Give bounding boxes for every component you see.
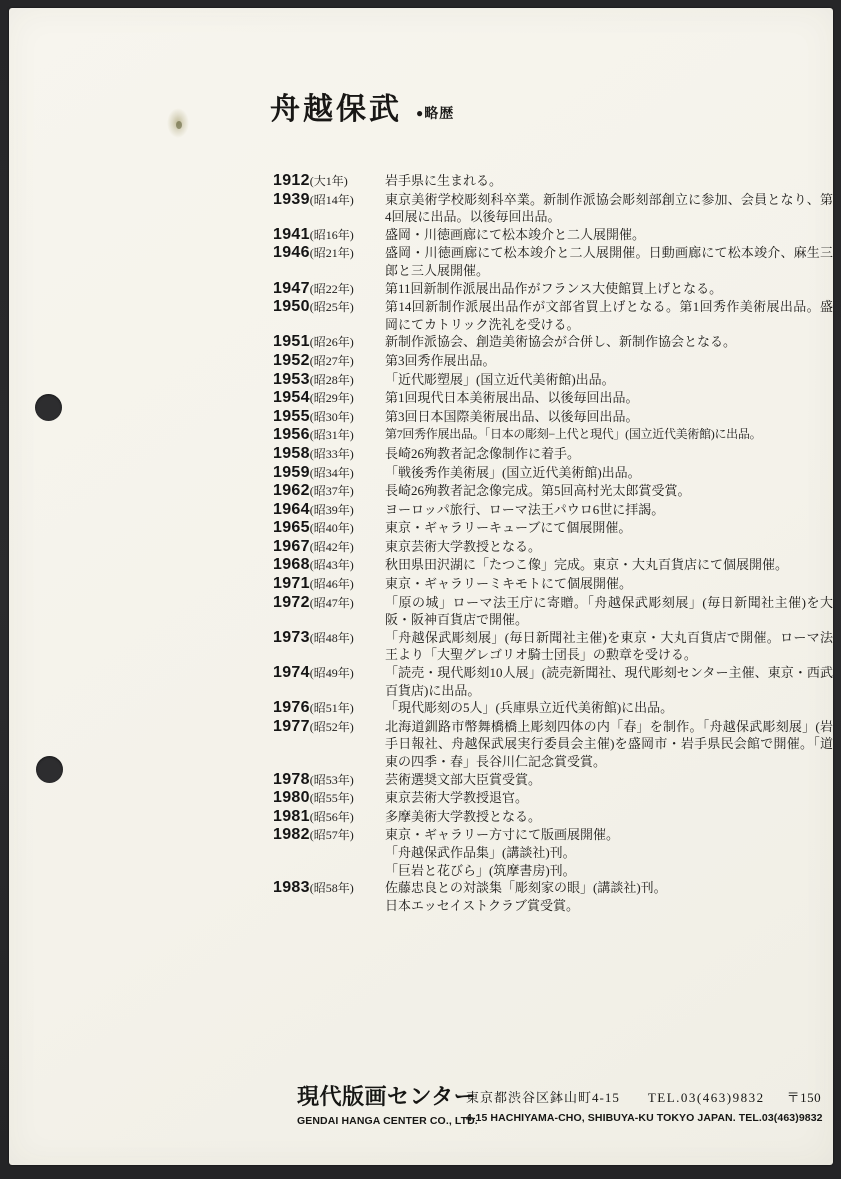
entry-era: (昭53年) — [310, 773, 354, 787]
entry-year-column: 1980(昭55年) — [273, 789, 385, 808]
description-line: 「舟越保武作品集」(講談社)刊。 — [385, 844, 833, 862]
description-line: 第7回秀作展出品。「日本の彫刻−上代と現代」(国立近代美術館)に出品。 — [385, 426, 833, 444]
bullet-icon: ● — [416, 106, 423, 120]
company-logo-jp: 現代版画センター — [297, 1080, 466, 1111]
timeline-entry: 1941(昭16年)盛岡・川徳画廊にて松本竣介と二人展開催。 — [273, 226, 835, 245]
entry-year-column: 1978(昭53年) — [273, 771, 385, 790]
entry-description: 東京・ギャラリーキューブにて個展開催。 — [385, 519, 833, 537]
entry-description: 第3回秀作展出品。 — [385, 352, 833, 370]
timeline-entry: 1950(昭25年)第14回新制作派展出品作が文部省買上げとなる。第1回秀作美術… — [273, 298, 835, 333]
timeline-entry: 1974(昭49年)「読売・現代彫刻10人展」(読売新聞社、現代彫刻センター主催… — [273, 664, 835, 699]
entry-description: 秋田県田沢湖に「たつこ像」完成。東京・大丸百貨店にて個展開催。 — [385, 556, 833, 574]
timeline-entry: 1962(昭37年)長崎26殉教者記念像完成。第5回高村光太郎賞受賞。 — [273, 482, 835, 501]
description-line: 「読売・現代彫刻10人展」(読売新聞社、現代彫刻センター主催、東京・西武百貨店)… — [385, 664, 833, 699]
description-line: 東京美術学校彫刻科卒業。新制作派協会彫刻部創立に参加、会員となり、第4回展に出品… — [385, 191, 833, 226]
entry-era: (昭48年) — [310, 631, 354, 645]
entry-year: 1956 — [273, 426, 310, 443]
timeline-entry: 1981(昭56年)多摩美術大学教授となる。 — [273, 808, 835, 827]
entry-year-column: 1983(昭58年) — [273, 879, 385, 898]
timeline-entry: 1983(昭58年)佐藤忠良との対談集「彫刻家の眼」(講談社)刊。日本エッセイス… — [273, 879, 835, 914]
entry-description: 東京芸術大学教授退官。 — [385, 789, 833, 807]
address-line-jp: 東京都渋谷区鉢山町4-15 TEL.03(463)9832 〒150 — [466, 1087, 823, 1106]
entry-year-column: 1939(昭14年) — [273, 191, 385, 210]
entry-era: (昭49年) — [310, 666, 354, 680]
entry-year: 1939 — [273, 191, 310, 208]
description-line: 第1回現代日本美術展出品、以後毎回出品。 — [385, 389, 833, 407]
description-line: 岩手県に生まれる。 — [385, 172, 833, 190]
entry-year: 1972 — [273, 594, 310, 611]
entry-era: (昭39年) — [310, 503, 354, 517]
description-line: 盛岡・川徳画廊にて松本竣介と二人展開催。日動画廊にて松本竣介、麻生三郎と三人展開… — [385, 244, 833, 279]
entry-description: 東京芸術大学教授となる。 — [385, 538, 833, 556]
entry-description: 「原の城」ローマ法王庁に寄贈。「舟越保武彫刻展」(毎日新聞社主催)を大阪・阪神百… — [385, 594, 833, 629]
timeline-entry: 1952(昭27年)第3回秀作展出品。 — [273, 352, 835, 371]
entry-era: (昭40年) — [310, 521, 354, 535]
entry-era: (昭31年) — [310, 428, 354, 442]
description-line: 多摩美術大学教授となる。 — [385, 808, 833, 826]
description-line: 新制作派協会、創造美術協会が合併し、新制作協会となる。 — [385, 333, 833, 351]
description-line: 秋田県田沢湖に「たつこ像」完成。東京・大丸百貨店にて個展開催。 — [385, 556, 833, 574]
subtitle: ● 略歴 — [416, 103, 454, 123]
entry-description: 佐藤忠良との対談集「彫刻家の眼」(講談社)刊。日本エッセイストクラブ賞受賞。 — [385, 879, 833, 914]
timeline-entry: 1955(昭30年)第3回日本国際美術展出品、以後毎回出品。 — [273, 408, 835, 427]
entry-description: 東京・ギャラリー方寸にて版画展開催。「舟越保武作品集」(講談社)刊。「巨岩と花び… — [385, 826, 833, 879]
entry-era: (昭25年) — [310, 300, 354, 314]
description-line: 北海道釧路市幣舞橋橋上彫刻四体の内「春」を制作。「舟越保武彫刻展」(岩手日報社、… — [385, 718, 833, 771]
entry-year: 1941 — [273, 226, 310, 243]
entry-era: (昭30年) — [310, 410, 354, 424]
description-line: 東京・ギャラリーキューブにて個展開催。 — [385, 519, 833, 537]
timeline-entry: 1982(昭57年)東京・ギャラリー方寸にて版画展開催。「舟越保武作品集」(講談… — [273, 826, 835, 879]
entry-year-column: 1968(昭43年) — [273, 556, 385, 575]
entry-era: (大1年) — [310, 174, 348, 188]
timeline-entry: 1968(昭43年)秋田県田沢湖に「たつこ像」完成。東京・大丸百貨店にて個展開催… — [273, 556, 835, 575]
entry-year: 1958 — [273, 445, 310, 462]
punch-hole-bottom — [36, 756, 63, 783]
entry-description: 岩手県に生まれる。 — [385, 172, 833, 190]
entry-year-column: 1965(昭40年) — [273, 519, 385, 538]
timeline-entry: 1972(昭47年)「原の城」ローマ法王庁に寄贈。「舟越保武彫刻展」(毎日新聞社… — [273, 594, 835, 629]
entry-era: (昭28年) — [310, 373, 354, 387]
timeline-entry: 1956(昭31年)第7回秀作展出品。「日本の彫刻−上代と現代」(国立近代美術館… — [273, 426, 835, 445]
description-line: 「現代彫刻の5人」(兵庫県立近代美術館)に出品。 — [385, 699, 833, 717]
description-line: 東京芸術大学教授となる。 — [385, 538, 833, 556]
description-line: 「舟越保武彫刻展」(毎日新聞社主催)を東京・大丸百貨店で開催。ローマ法王より「大… — [385, 629, 833, 664]
entry-description: 第14回新制作派展出品作が文部省買上げとなる。第1回秀作美術展出品。盛岡にてカト… — [385, 298, 833, 333]
description-line: 第3回日本国際美術展出品、以後毎回出品。 — [385, 408, 833, 426]
description-line: 長崎26殉教者記念像完成。第5回高村光太郎賞受賞。 — [385, 482, 833, 500]
entry-era: (昭47年) — [310, 596, 354, 610]
entry-year-column: 1976(昭51年) — [273, 699, 385, 718]
entry-year: 1955 — [273, 408, 310, 425]
entry-year: 1962 — [273, 482, 310, 499]
entry-era: (昭29年) — [310, 391, 354, 405]
entry-year-column: 1956(昭31年) — [273, 426, 385, 445]
description-line: 第3回秀作展出品。 — [385, 352, 833, 370]
entry-year: 1982 — [273, 826, 310, 843]
telephone-jp: TEL.03(463)9832 — [648, 1090, 765, 1106]
entry-era: (昭57年) — [310, 828, 354, 842]
entry-era: (昭58年) — [310, 881, 354, 895]
entry-era: (昭55年) — [310, 791, 354, 805]
entry-year-column: 1952(昭27年) — [273, 352, 385, 371]
entry-era: (昭34年) — [310, 466, 354, 480]
entry-year: 1947 — [273, 280, 310, 297]
entry-year: 1946 — [273, 244, 310, 261]
description-line: ヨーロッパ旅行、ローマ法王パウロ6世に拝謁。 — [385, 501, 833, 519]
entry-year: 1951 — [273, 333, 310, 350]
entry-era: (昭46年) — [310, 577, 354, 591]
entry-year-column: 1962(昭37年) — [273, 482, 385, 501]
description-line: 芸術選奨文部大臣賞受賞。 — [385, 771, 833, 789]
timeline-entry: 1980(昭55年)東京芸術大学教授退官。 — [273, 789, 835, 808]
entry-year: 1959 — [273, 464, 310, 481]
entry-year-column: 1974(昭49年) — [273, 664, 385, 683]
entry-year-column: 1967(昭42年) — [273, 538, 385, 557]
entry-year: 1964 — [273, 501, 310, 518]
timeline-entry: 1967(昭42年)東京芸術大学教授となる。 — [273, 538, 835, 557]
entry-year-column: 1981(昭56年) — [273, 808, 385, 827]
entry-year: 1912 — [273, 172, 310, 189]
entry-description: 「近代彫塑展」(国立近代美術館)出品。 — [385, 371, 833, 389]
description-line: 第14回新制作派展出品作が文部省買上げとなる。第1回秀作美術展出品。盛岡にてカト… — [385, 298, 833, 333]
entry-year-column: 1946(昭21年) — [273, 244, 385, 263]
entry-era: (昭26年) — [310, 335, 354, 349]
entry-year: 1967 — [273, 538, 310, 555]
entry-year: 1954 — [273, 389, 310, 406]
entry-year: 1953 — [273, 371, 310, 388]
timeline-entry: 1959(昭34年)「戦後秀作美術展」(国立近代美術館)出品。 — [273, 464, 835, 483]
description-line: 「巨岩と花びら」(筑摩書房)刊。 — [385, 862, 833, 880]
page-title: 舟越保武 — [270, 84, 402, 128]
entry-year-column: 1941(昭16年) — [273, 226, 385, 245]
footer-company-block: 現代版画センター GENDAI HANGA CENTER CO., LTD. — [297, 1080, 466, 1127]
entry-description: 「戦後秀作美術展」(国立近代美術館)出品。 — [385, 464, 833, 482]
entry-year: 1950 — [273, 298, 310, 315]
entry-year-column: 1947(昭22年) — [273, 280, 385, 299]
entry-year-column: 1959(昭34年) — [273, 464, 385, 483]
entry-description: 盛岡・川徳画廊にて松本竣介と二人展開催。日動画廊にて松本竣介、麻生三郎と三人展開… — [385, 244, 833, 279]
entry-description: 多摩美術大学教授となる。 — [385, 808, 833, 826]
description-line: 佐藤忠良との対談集「彫刻家の眼」(講談社)刊。 — [385, 879, 833, 897]
description-line: 東京・ギャラリー方寸にて版画展開催。 — [385, 826, 833, 844]
entry-description: 盛岡・川徳画廊にて松本竣介と二人展開催。 — [385, 226, 833, 244]
entry-year: 1977 — [273, 718, 310, 735]
entry-description: 第1回現代日本美術展出品、以後毎回出品。 — [385, 389, 833, 407]
timeline-entry: 1947(昭22年)第11回新制作派展出品作がフランス大使館買上げとなる。 — [273, 280, 835, 299]
subtitle-label: 略歴 — [424, 103, 454, 123]
entry-era: (昭33年) — [310, 447, 354, 461]
entry-year: 1974 — [273, 664, 310, 681]
footer-address-block: 東京都渋谷区鉢山町4-15 TEL.03(463)9832 〒150 4-15 … — [466, 1080, 823, 1127]
entry-description: 新制作派協会、創造美術協会が合併し、新制作協会となる。 — [385, 333, 833, 351]
entry-year-column: 1971(昭46年) — [273, 575, 385, 594]
timeline-entry: 1951(昭26年)新制作派協会、創造美術協会が合併し、新制作協会となる。 — [273, 333, 835, 352]
entry-era: (昭43年) — [310, 558, 354, 572]
address-line-en: 4-15 HACHIYAMA-CHO, SHIBUYA-KU TOKYO JAP… — [466, 1112, 823, 1124]
entry-description: 芸術選奨文部大臣賞受賞。 — [385, 771, 833, 789]
entry-description: 「舟越保武彫刻展」(毎日新聞社主催)を東京・大丸百貨店で開催。ローマ法王より「大… — [385, 629, 833, 664]
description-line: 第11回新制作派展出品作がフランス大使館買上げとなる。 — [385, 280, 833, 298]
entry-era: (昭42年) — [310, 540, 354, 554]
timeline-entry: 1978(昭53年)芸術選奨文部大臣賞受賞。 — [273, 771, 835, 790]
entry-year-column: 1982(昭57年) — [273, 826, 385, 845]
description-line: 長崎26殉教者記念像制作に着手。 — [385, 445, 833, 463]
entry-year-column: 1973(昭48年) — [273, 629, 385, 648]
timeline-entry: 1954(昭29年)第1回現代日本美術展出品、以後毎回出品。 — [273, 389, 835, 408]
description-line: 東京芸術大学教授退官。 — [385, 789, 833, 807]
entry-year: 1978 — [273, 771, 310, 788]
timeline-entry: 1958(昭33年)長崎26殉教者記念像制作に着手。 — [273, 445, 835, 464]
entry-era: (昭52年) — [310, 720, 354, 734]
entry-era: (昭21年) — [310, 246, 354, 260]
entry-description: 北海道釧路市幣舞橋橋上彫刻四体の内「春」を制作。「舟越保武彫刻展」(岩手日報社、… — [385, 718, 833, 771]
entry-description: 長崎26殉教者記念像完成。第5回高村光太郎賞受賞。 — [385, 482, 833, 500]
postal-code: 〒150 — [787, 1087, 822, 1106]
entry-year: 1976 — [273, 699, 310, 716]
entry-year-column: 1977(昭52年) — [273, 718, 385, 737]
entry-year-column: 1955(昭30年) — [273, 408, 385, 427]
entry-description: 「読売・現代彫刻10人展」(読売新聞社、現代彫刻センター主催、東京・西武百貨店)… — [385, 664, 833, 699]
timeline-entry: 1965(昭40年)東京・ギャラリーキューブにて個展開催。 — [273, 519, 835, 538]
entry-year-column: 1972(昭47年) — [273, 594, 385, 613]
entry-era: (昭16年) — [310, 228, 354, 242]
entry-description: 第3回日本国際美術展出品、以後毎回出品。 — [385, 408, 833, 426]
entry-era: (昭51年) — [310, 701, 354, 715]
entry-year: 1980 — [273, 789, 310, 806]
entry-description: 長崎26殉教者記念像制作に着手。 — [385, 445, 833, 463]
entry-year: 1983 — [273, 879, 310, 896]
entry-year-column: 1951(昭26年) — [273, 333, 385, 352]
timeline-entry: 1953(昭28年)「近代彫塑展」(国立近代美術館)出品。 — [273, 371, 835, 390]
timeline-entry: 1977(昭52年)北海道釧路市幣舞橋橋上彫刻四体の内「春」を制作。「舟越保武彫… — [273, 718, 835, 771]
timeline-entry: 1912(大1年)岩手県に生まれる。 — [273, 172, 835, 191]
entry-era: (昭56年) — [310, 810, 354, 824]
entry-description: 「現代彫刻の5人」(兵庫県立近代美術館)に出品。 — [385, 699, 833, 717]
entry-year-column: 1953(昭28年) — [273, 371, 385, 390]
paper-stain — [167, 108, 189, 138]
timeline-entry: 1964(昭39年)ヨーロッパ旅行、ローマ法王パウロ6世に拝謁。 — [273, 501, 835, 520]
description-line: 盛岡・川徳画廊にて松本竣介と二人展開催。 — [385, 226, 833, 244]
entry-year-column: 1958(昭33年) — [273, 445, 385, 464]
entry-era: (昭14年) — [310, 193, 354, 207]
document-header: 舟越保武 ● 略歴 — [270, 84, 454, 128]
company-logo-en: GENDAI HANGA CENTER CO., LTD. — [297, 1115, 466, 1127]
description-line: 日本エッセイストクラブ賞受賞。 — [385, 897, 833, 915]
entry-description: 東京・ギャラリーミキモトにて個展開催。 — [385, 575, 833, 593]
entry-era: (昭22年) — [310, 282, 354, 296]
entry-year: 1952 — [273, 352, 310, 369]
timeline-entry: 1946(昭21年)盛岡・川徳画廊にて松本竣介と二人展開催。日動画廊にて松本竣介… — [273, 244, 835, 279]
timeline-entry: 1976(昭51年)「現代彫刻の5人」(兵庫県立近代美術館)に出品。 — [273, 699, 835, 718]
entry-description: ヨーロッパ旅行、ローマ法王パウロ6世に拝謁。 — [385, 501, 833, 519]
description-line: 東京・ギャラリーミキモトにて個展開催。 — [385, 575, 833, 593]
entry-year-column: 1950(昭25年) — [273, 298, 385, 317]
entry-description: 第7回秀作展出品。「日本の彫刻−上代と現代」(国立近代美術館)に出品。 — [385, 426, 833, 444]
entry-description: 東京美術学校彫刻科卒業。新制作派協会彫刻部創立に参加、会員となり、第4回展に出品… — [385, 191, 833, 226]
timeline-entry: 1939(昭14年)東京美術学校彫刻科卒業。新制作派協会彫刻部創立に参加、会員と… — [273, 191, 835, 226]
timeline-entry: 1971(昭46年)東京・ギャラリーミキモトにて個展開催。 — [273, 575, 835, 594]
entry-year: 1968 — [273, 556, 310, 573]
timeline-list: 1912(大1年)岩手県に生まれる。1939(昭14年)東京美術学校彫刻科卒業。… — [273, 172, 835, 914]
description-line: 「戦後秀作美術展」(国立近代美術館)出品。 — [385, 464, 833, 482]
entry-year: 1981 — [273, 808, 310, 825]
timeline-entry: 1973(昭48年)「舟越保武彫刻展」(毎日新聞社主催)を東京・大丸百貨店で開催… — [273, 629, 835, 664]
entry-description: 第11回新制作派展出品作がフランス大使館買上げとなる。 — [385, 280, 833, 298]
document-footer: 現代版画センター GENDAI HANGA CENTER CO., LTD. 東… — [297, 1080, 823, 1127]
entry-year: 1965 — [273, 519, 310, 536]
entry-era: (昭27年) — [310, 354, 354, 368]
description-line: 「原の城」ローマ法王庁に寄贈。「舟越保武彫刻展」(毎日新聞社主催)を大阪・阪神百… — [385, 594, 833, 629]
punch-hole-top — [35, 394, 62, 421]
entry-year-column: 1912(大1年) — [273, 172, 385, 191]
entry-year-column: 1964(昭39年) — [273, 501, 385, 520]
entry-year-column: 1954(昭29年) — [273, 389, 385, 408]
entry-era: (昭37年) — [310, 484, 354, 498]
entry-year: 1971 — [273, 575, 310, 592]
description-line: 「近代彫塑展」(国立近代美術館)出品。 — [385, 371, 833, 389]
entry-year: 1973 — [273, 629, 310, 646]
address-jp: 東京都渋谷区鉢山町4-15 — [466, 1087, 620, 1106]
